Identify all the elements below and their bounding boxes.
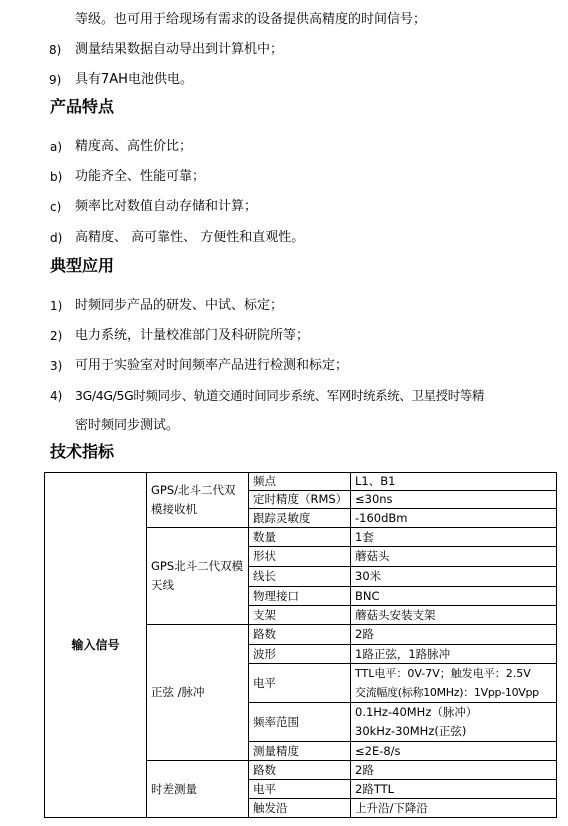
spec-value: 1路正弦，1路脉冲 bbox=[351, 645, 557, 664]
spec-value-line: 30kHz-30MHz(正弦) bbox=[355, 722, 552, 741]
spec-param: 频点 bbox=[249, 473, 351, 491]
spec-param: 路数 bbox=[249, 761, 351, 780]
spec-param: 物理接口 bbox=[249, 587, 351, 606]
spec-value: L1、B1 bbox=[351, 473, 557, 491]
list-item: 具有7AH电池供电。 bbox=[75, 72, 193, 88]
spec-param: 数量 bbox=[249, 528, 351, 547]
section-title-product-features: 产品特点 bbox=[50, 97, 114, 117]
spec-value: 2路 bbox=[351, 761, 557, 780]
spec-value-line: 0.1Hz-40MHz（脉冲） bbox=[355, 703, 552, 722]
list-item: 测量结果数据自动导出到计算机中； bbox=[75, 42, 283, 58]
list-marker: 9) bbox=[49, 72, 61, 88]
spec-param: 定时精度（RMS） bbox=[249, 491, 351, 509]
spec-category: 输入信号 bbox=[45, 473, 147, 818]
intro-continuation: 等级。也可用于给现场有需求的设备提供高精度的时间信号； bbox=[75, 12, 426, 28]
spec-value: 上升沿/下降沿 bbox=[351, 799, 557, 818]
list-marker: 2) bbox=[50, 328, 62, 344]
spec-value: TTL电平：0V-7V；触发电平：2.5V交流幅度(标称10MHz)：1Vpp-… bbox=[351, 664, 557, 703]
list-marker: 4) bbox=[50, 388, 62, 404]
spec-param: 线长 bbox=[249, 567, 351, 587]
list-item: 高精度、 高可靠性、 方便性和直观性。 bbox=[75, 230, 304, 246]
spec-value-line: TTL电平：0V-7V；触发电平：2.5V bbox=[355, 664, 552, 683]
list-item: 功能齐全、性能可靠； bbox=[75, 169, 205, 185]
list-item: 可用于实验室对时间频率产品进行检测和标定； bbox=[75, 358, 348, 374]
spec-value: ≤2E-8/s bbox=[351, 742, 557, 761]
spec-group-name: GPS/北斗二代双模接收机 bbox=[147, 473, 249, 528]
table-row: 输入信号 GPS/北斗二代双模接收机 频点 L1、B1 bbox=[45, 473, 557, 491]
spec-param: 支架 bbox=[249, 606, 351, 625]
list-item: 时频同步产品的研发、中试、标定； bbox=[75, 298, 283, 314]
spec-param: 形状 bbox=[249, 547, 351, 567]
list-item: 精度高、高性价比； bbox=[75, 139, 192, 155]
list-marker: 1) bbox=[50, 298, 62, 314]
spec-value: ≤30ns bbox=[351, 491, 557, 509]
spec-group-name: 时差测量 bbox=[147, 761, 249, 818]
list-item: 3G/4G/5G时频同步、轨道交通时间同步系统、军网时统系统、卫星授时等精 bbox=[75, 388, 484, 404]
spec-value: 30米 bbox=[351, 567, 557, 587]
list-marker: c) bbox=[50, 199, 61, 215]
list-item-continuation: 密时频同步测试。 bbox=[75, 418, 179, 434]
spec-param: 电平 bbox=[249, 664, 351, 703]
spec-param: 电平 bbox=[249, 780, 351, 799]
spec-group-name: GPS北斗二代双模天线 bbox=[147, 528, 249, 625]
spec-param: 跟踪灵敏度 bbox=[249, 509, 351, 528]
list-item: 电力系统，计量校准部门及科研院所等； bbox=[75, 328, 309, 344]
spec-value: -160dBm bbox=[351, 509, 557, 528]
spec-value-line: 交流幅度(标称10MHz)：1Vpp-10Vpp bbox=[355, 683, 552, 702]
spec-value: BNC bbox=[351, 587, 557, 606]
spec-group-name: 正弦 /脉冲 bbox=[147, 625, 249, 761]
spec-value: 2路 bbox=[351, 625, 557, 645]
list-item: 频率比对数值自动存储和计算； bbox=[75, 199, 257, 215]
spec-param: 频率范围 bbox=[249, 703, 351, 742]
spec-value: 蘑菇头 bbox=[351, 547, 557, 567]
list-marker: 3) bbox=[50, 358, 62, 374]
spec-param: 路数 bbox=[249, 625, 351, 645]
spec-table: 输入信号 GPS/北斗二代双模接收机 频点 L1、B1 定时精度（RMS） ≤3… bbox=[44, 472, 557, 818]
spec-param: 波形 bbox=[249, 645, 351, 664]
list-marker: a) bbox=[50, 139, 62, 155]
spec-param: 测量精度 bbox=[249, 742, 351, 761]
section-title-typical-applications: 典型应用 bbox=[50, 256, 114, 276]
spec-value: 1套 bbox=[351, 528, 557, 547]
spec-param: 触发沿 bbox=[249, 799, 351, 818]
spec-value: 2路TTL bbox=[351, 780, 557, 799]
section-title-tech-specs: 技术指标 bbox=[50, 442, 114, 462]
spec-value: 蘑菇头安装支架 bbox=[351, 606, 557, 625]
spec-value: 0.1Hz-40MHz（脉冲）30kHz-30MHz(正弦) bbox=[351, 703, 557, 742]
list-marker: 8) bbox=[49, 42, 61, 58]
list-marker: b) bbox=[50, 169, 62, 185]
list-marker: d) bbox=[50, 230, 62, 246]
